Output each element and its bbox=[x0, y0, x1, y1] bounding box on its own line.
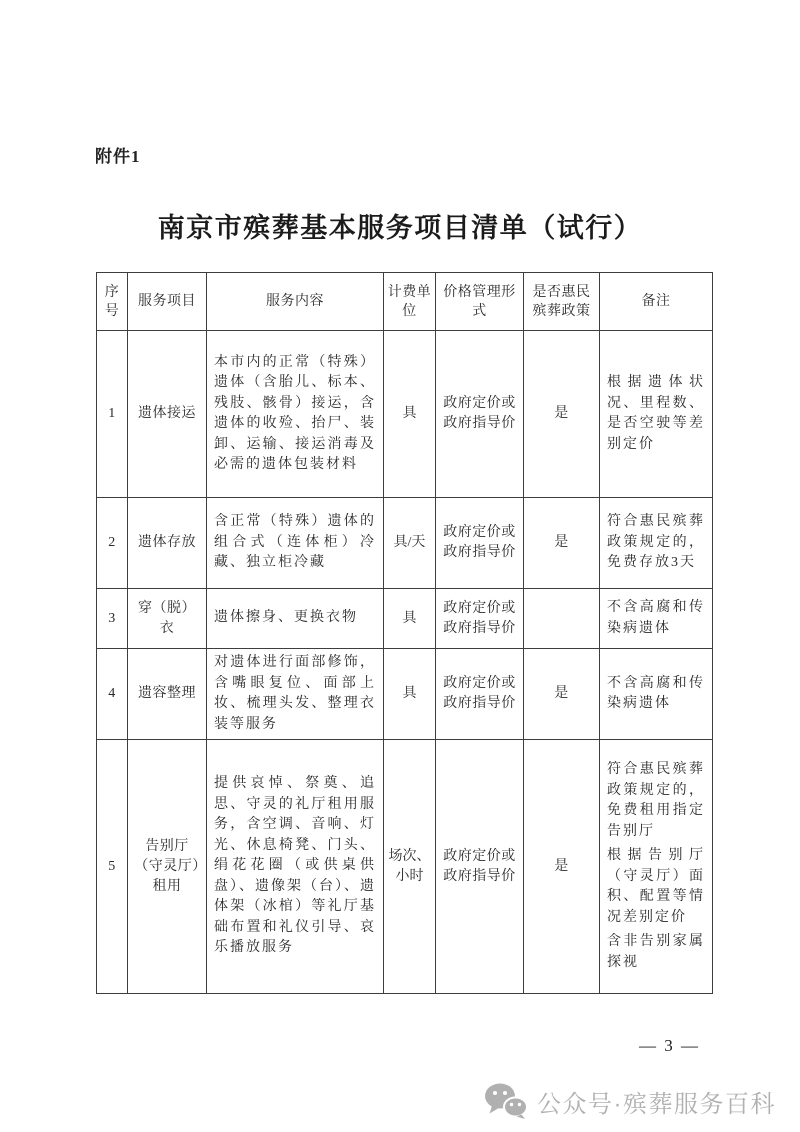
remark-paragraph: 含非告别家属探视 bbox=[607, 932, 705, 973]
table-header-row: 序号 服务项目 服务内容 计费单位 价格管理形式 是否惠民殡葬政策 备注 bbox=[97, 273, 713, 331]
cell-remark: 不含高腐和传染病遗体 bbox=[600, 589, 713, 649]
cell-huimin: 是 bbox=[524, 740, 600, 994]
table-row: 4 遗容整理 对遗体进行面部修饰，含嘴眼复位、面部上妆、梳理头发、整理衣装等服务… bbox=[97, 649, 713, 740]
col-header-huimin: 是否惠民殡葬政策 bbox=[524, 273, 600, 331]
table-row: 2 遗体存放 含正常（特殊）遗体的组合式（连体柜）冷藏、独立柜冷藏 具/天 政府… bbox=[97, 498, 713, 589]
page-title: 南京市殡葬基本服务项目清单（试行） bbox=[0, 206, 800, 245]
cell-unit: 具 bbox=[384, 331, 436, 498]
cell-no: 2 bbox=[97, 498, 128, 589]
cell-unit: 具 bbox=[384, 649, 436, 740]
page-number: — 3 — bbox=[639, 1036, 700, 1056]
cell-item: 穿（脱）衣 bbox=[128, 589, 207, 649]
cell-item: 告别厅（守灵厅）租用 bbox=[128, 740, 207, 994]
col-header-unit: 计费单位 bbox=[384, 273, 436, 331]
attachment-label: 附件1 bbox=[95, 142, 141, 167]
col-header-no: 序号 bbox=[97, 273, 128, 331]
col-header-item: 服务项目 bbox=[128, 273, 207, 331]
cell-item: 遗容整理 bbox=[128, 649, 207, 740]
cell-unit: 场次、小时 bbox=[384, 740, 436, 994]
cell-remark: 不含高腐和传染病遗体 bbox=[600, 649, 713, 740]
service-table: 序号 服务项目 服务内容 计费单位 价格管理形式 是否惠民殡葬政策 备注 1 遗… bbox=[96, 272, 713, 994]
remark-paragraph: 根据告别厅（守灵厅）面积、配置等情况差别定价 bbox=[607, 846, 705, 928]
cell-huimin: 是 bbox=[524, 331, 600, 498]
cell-content: 遗体擦身、更换衣物 bbox=[207, 589, 384, 649]
cell-unit: 具 bbox=[384, 589, 436, 649]
cell-huimin: 是 bbox=[524, 649, 600, 740]
col-header-pricing: 价格管理形式 bbox=[436, 273, 524, 331]
cell-content: 含正常（特殊）遗体的组合式（连体柜）冷藏、独立柜冷藏 bbox=[207, 498, 384, 589]
remark-paragraph: 符合惠民殡葬政策规定的，免费租用指定告别厅 bbox=[607, 760, 705, 842]
cell-content: 本市内的正常（特殊）遗体（含胎儿、标本、残肢、骸骨）接运，含遗体的收殓、抬尸、装… bbox=[207, 331, 384, 498]
table-row: 5 告别厅（守灵厅）租用 提供哀悼、祭奠、追思、守灵的礼厅租用服务，含空调、音响… bbox=[97, 740, 713, 994]
cell-pricing: 政府定价或政府指导价 bbox=[436, 498, 524, 589]
cell-huimin bbox=[524, 589, 600, 649]
cell-no: 1 bbox=[97, 331, 128, 498]
cell-no: 3 bbox=[97, 589, 128, 649]
cell-pricing: 政府定价或政府指导价 bbox=[436, 740, 524, 994]
document-page: 附件1 南京市殡葬基本服务项目清单（试行） 序号 服务项目 服务内容 计费单位 … bbox=[0, 0, 800, 1132]
cell-no: 4 bbox=[97, 649, 128, 740]
cell-remark: 符合惠民殡葬政策规定的，免费存放3天 bbox=[600, 498, 713, 589]
cell-pricing: 政府定价或政府指导价 bbox=[436, 331, 524, 498]
cell-remark: 根据遗体状况、里程数、是否空驶等差别定价 bbox=[600, 331, 713, 498]
cell-content: 对遗体进行面部修饰，含嘴眼复位、面部上妆、梳理头发、整理衣装等服务 bbox=[207, 649, 384, 740]
footer-watermark: 公众号·殡葬服务百科 bbox=[484, 1082, 776, 1120]
cell-content: 提供哀悼、祭奠、追思、守灵的礼厅租用服务，含空调、音响、灯光、休息椅凳、门头、绢… bbox=[207, 740, 384, 994]
cell-pricing: 政府定价或政府指导价 bbox=[436, 649, 524, 740]
cell-pricing: 政府定价或政府指导价 bbox=[436, 589, 524, 649]
col-header-content: 服务内容 bbox=[207, 273, 384, 331]
cell-unit: 具/天 bbox=[384, 498, 436, 589]
footer-label: 公众号·殡葬服务百科 bbox=[537, 1084, 776, 1119]
cell-item: 遗体存放 bbox=[128, 498, 207, 589]
cell-item: 遗体接运 bbox=[128, 331, 207, 498]
cell-remark: 符合惠民殡葬政策规定的，免费租用指定告别厅 根据告别厅（守灵厅）面积、配置等情况… bbox=[600, 740, 713, 994]
cell-huimin: 是 bbox=[524, 498, 600, 589]
cell-no: 5 bbox=[97, 740, 128, 994]
table-row: 1 遗体接运 本市内的正常（特殊）遗体（含胎儿、标本、残肢、骸骨）接运，含遗体的… bbox=[97, 331, 713, 498]
table-row: 3 穿（脱）衣 遗体擦身、更换衣物 具 政府定价或政府指导价 不含高腐和传染病遗… bbox=[97, 589, 713, 649]
col-header-remark: 备注 bbox=[600, 273, 713, 331]
wechat-icon bbox=[484, 1082, 528, 1120]
